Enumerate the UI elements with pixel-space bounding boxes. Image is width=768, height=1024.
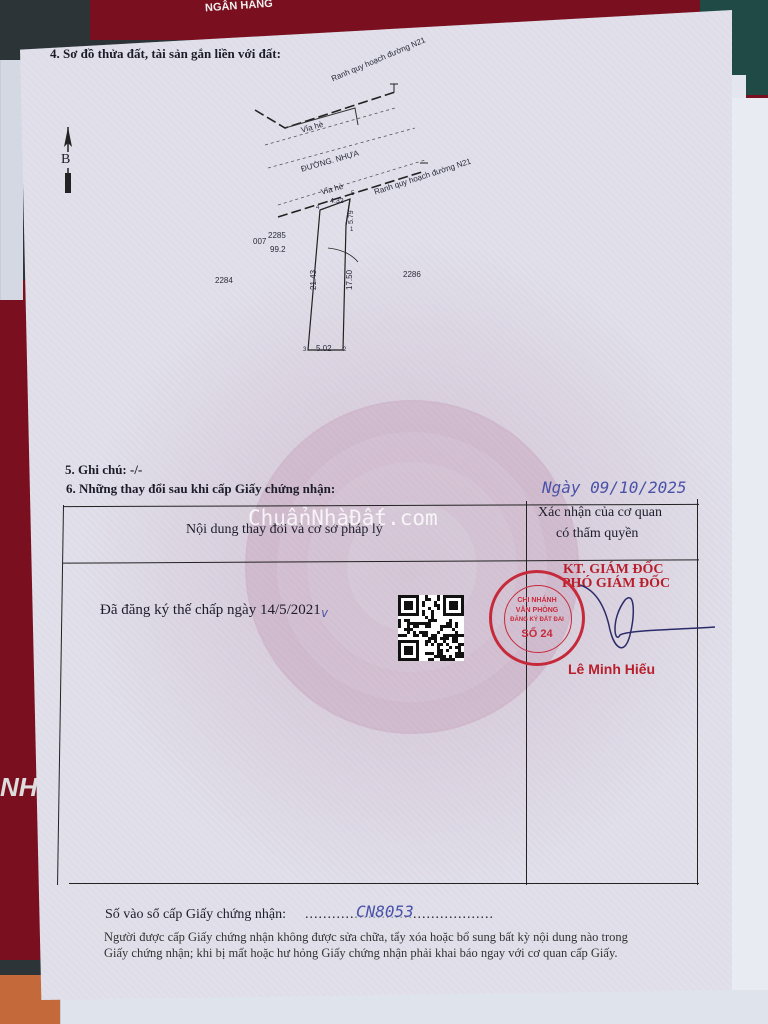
map-dim-bottom: 5.02 [316, 344, 332, 353]
map-dim-left: 21.43 [309, 270, 318, 290]
map-vertex-2: 2 [343, 347, 346, 353]
section6-title: 6. Những thay đổi sau khi cấp Giấy chứng… [66, 481, 335, 497]
section5-title: 5. Ghi chú: -/- [65, 462, 142, 478]
north-label: B [61, 152, 70, 168]
back-sheet-left [0, 60, 23, 300]
handwritten-date: Ngày 09/10/2025 [542, 478, 687, 497]
parcel-map [240, 70, 500, 370]
map-parcel-area: 99.2 [270, 245, 286, 254]
map-parcel-number: 2285 [268, 231, 286, 240]
table-header-authority-line2: có thẩm quyền [556, 526, 638, 542]
mortgage-entry: Đã đăng ký thế chấp ngày 14/5/2021 [100, 602, 321, 619]
map-vertex-4: 4 [316, 205, 319, 211]
signer-name: Lê Minh Hiếu [568, 661, 655, 677]
official-stamp: CHI NHÁNH VĂN PHÒNG ĐĂNG KÝ ĐẤT ĐAI SỐ 2… [489, 570, 585, 666]
signature [580, 575, 720, 665]
map-vertex-5: 5 [351, 191, 354, 197]
map-neighbor-left: 2284 [215, 276, 233, 285]
back-sheet-right-2 [730, 98, 768, 1024]
registry-value: CN8053 [356, 902, 414, 921]
map-parcel-prefix: 007 [253, 237, 266, 246]
map-vertex-3: 3 [303, 347, 306, 353]
map-neighbor-right: 2286 [403, 270, 421, 279]
map-vertex-1: 1 [350, 227, 353, 233]
initial-mark: v [321, 606, 328, 620]
map-dim-right-lower: 17.50 [345, 270, 354, 290]
registry-label: Số vào sổ cấp Giấy chứng nhận: [105, 907, 286, 923]
table-header-authority-line1: Xác nhận của cơ quan [538, 505, 662, 521]
notice-line1: Người được cấp Giấy chứng nhận không đượ… [104, 930, 628, 945]
site-watermark: ChuẩnNhàĐất.com [248, 506, 438, 530]
map-dim-right-upper: 5.79 [348, 210, 355, 224]
notice-line2: Giấy chứng nhận; khi bị mất hoặc hư hỏng… [104, 946, 618, 961]
section4-title: 4. Sơ đồ thửa đất, tài sản gắn liền với … [50, 46, 281, 62]
qr-code[interactable] [398, 595, 464, 661]
map-dim-top: 4.32 [330, 198, 344, 205]
